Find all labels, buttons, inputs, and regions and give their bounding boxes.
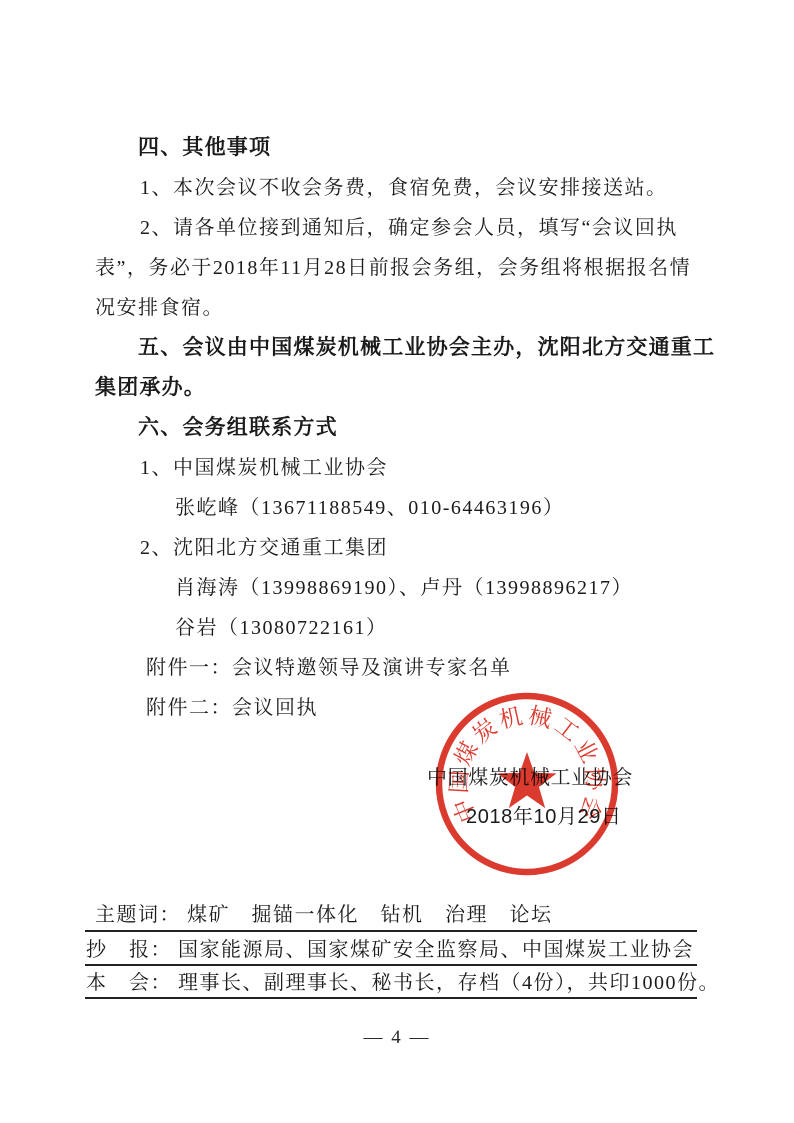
section-heading-5: 五、会议由中国煤炭机械工业协会主办，沈阳北方交通重工 [138, 328, 705, 368]
footer-copy-to-label: 抄 报： [86, 939, 172, 961]
page-number: — 4 — [0, 1026, 794, 1050]
footer-divider [85, 930, 697, 932]
footer-keywords-row: 主题词：煤矿 掘锚一体化 钻机 治理 论坛 [95, 903, 553, 927]
footer-divider [85, 997, 697, 999]
official-seal-stamp: 中国煤炭机械工业协会 [427, 684, 627, 884]
paragraph-line: 表”，务必于2018年11月28日前报会务组，会务组将根据报名情 [95, 248, 705, 288]
paragraph-line: 2、请各单位接到通知后，确定参会人员，填写“会议回执 [140, 208, 705, 248]
section-heading-6: 六、会务组联系方式 [138, 408, 705, 448]
paragraph-line: 况安排食宿。 [95, 288, 705, 328]
section-heading-4: 四、其他事项 [138, 128, 705, 168]
document-page: 四、其他事项 1、本次会议不收会务费，食宿免费，会议安排接送站。 2、请各单位接… [0, 0, 794, 1123]
footer-internal-label: 本 会： [86, 972, 172, 994]
contact-person-line: 谷岩（13080722161） [175, 608, 705, 648]
seal-star-icon [498, 752, 557, 808]
footer-keywords-label: 主题词： [95, 904, 181, 926]
contact-org-line: 2、沈阳北方交通重工集团 [140, 528, 705, 568]
footer-internal-row: 本 会：理事长、副理事长、秘书长，存档（4份），共印1000份。 [86, 971, 720, 995]
document-body: 四、其他事项 1、本次会议不收会务费，食宿免费，会议安排接送站。 2、请各单位接… [95, 128, 705, 728]
attachment-1-line: 附件一：会议特邀领导及演讲专家名单 [146, 648, 705, 688]
footer-keywords-value: 煤矿 掘锚一体化 钻机 治理 论坛 [187, 904, 553, 926]
footer-divider [85, 964, 697, 966]
footer-copy-to-row: 抄 报：国家能源局、国家煤矿安全监察局、中国煤炭工业协会 [86, 938, 694, 962]
footer-internal-value: 理事长、副理事长、秘书长，存档（4份），共印1000份。 [178, 972, 720, 994]
section-heading-5-cont: 集团承办。 [95, 368, 705, 408]
paragraph-line: 1、本次会议不收会务费，食宿免费，会议安排接送站。 [140, 168, 705, 208]
contact-org-line: 1、中国煤炭机械工业协会 [140, 448, 705, 488]
contact-person-line: 肖海涛（13998869190）、卢丹（13998896217） [175, 568, 705, 608]
footer-copy-to-value: 国家能源局、国家煤矿安全监察局、中国煤炭工业协会 [178, 939, 694, 961]
contact-person-line: 张屹峰（13671188549、010-64463196） [175, 488, 705, 528]
